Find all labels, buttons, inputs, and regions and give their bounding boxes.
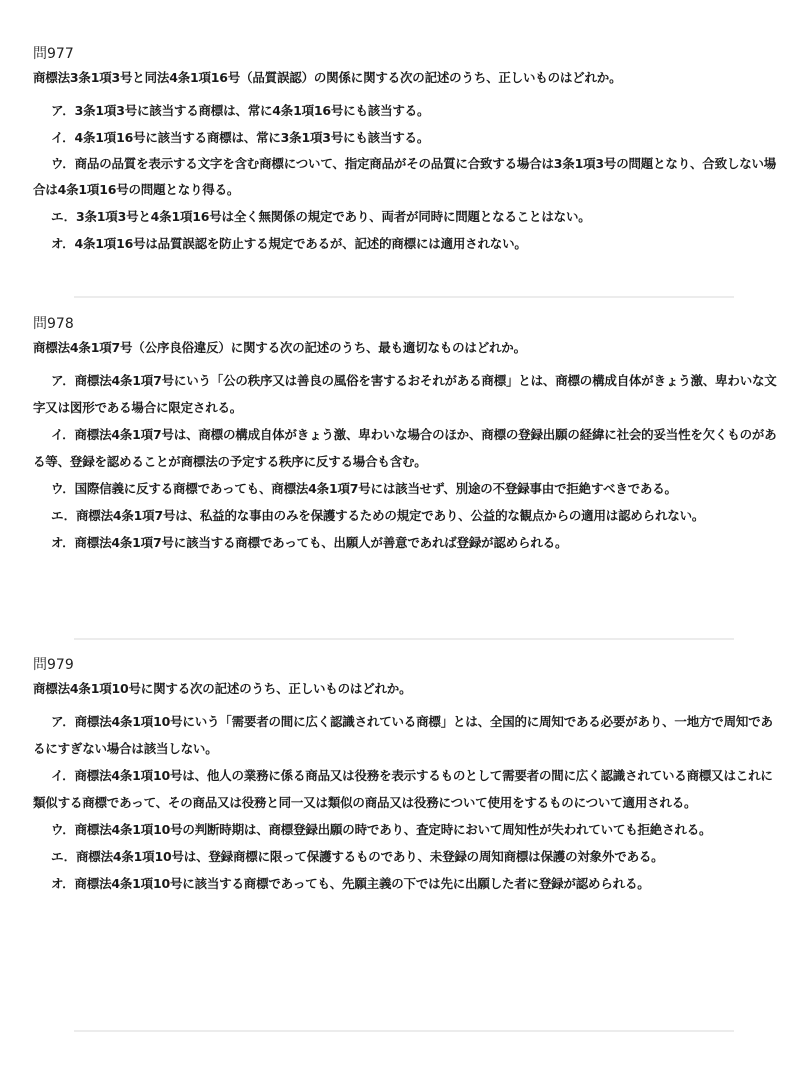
question-number: 問978 xyxy=(33,314,778,334)
question-979: 問979 商標法4条1項10号に関する次の記述のうち、正しいものはどれか。 ア．… xyxy=(33,655,778,897)
question-978: 問978 商標法4条1項7号（公序良俗違反）に関する次の記述のうち、最も適切なも… xyxy=(33,314,778,556)
option-u: ウ．商品の品質を表示する文字を含む商標について、指定商品がその品質に合致する場合… xyxy=(33,151,778,203)
divider xyxy=(74,296,734,298)
option-list: ア．商標法4条1項7号にいう「公の秩序又は善良の風俗を害するおそれがある商標」と… xyxy=(33,367,778,556)
question-977: 問977 商標法3条1項3号と同法4条1項16号（品質誤認）の関係に関する次の記… xyxy=(33,44,778,257)
question-number: 問979 xyxy=(33,655,778,675)
option-a: ア．3条1項3号に該当する商標は、常に4条1項16号にも該当する。 xyxy=(33,97,778,124)
option-a: ア．商標法4条1項10号にいう「需要者の間に広く認識されている商標」とは、全国的… xyxy=(33,708,778,762)
option-u: ウ．商標法4条1項10号の判断時期は、商標登録出願の時であり、査定時において周知… xyxy=(33,816,778,843)
option-e: エ．3条1項3号と4条1項16号は全く無関係の規定であり、両者が同時に問題となる… xyxy=(33,203,778,230)
option-i: イ．4条1項16号に該当する商標は、常に3条1項3号にも該当する。 xyxy=(33,124,778,151)
option-e: エ．商標法4条1項7号は、私益的な事由のみを保護するための規定であり、公益的な観… xyxy=(33,502,778,529)
option-e: エ．商標法4条1項10号は、登録商標に限って保護するものであり、未登録の周知商標… xyxy=(33,843,778,870)
question-stem: 商標法3条1項3号と同法4条1項16号（品質誤認）の関係に関する次の記述のうち、… xyxy=(33,68,778,88)
divider xyxy=(74,638,734,640)
question-stem: 商標法4条1項10号に関する次の記述のうち、正しいものはどれか。 xyxy=(33,679,778,699)
option-u: ウ．国際信義に反する商標であっても、商標法4条1項7号には該当せず、別途の不登録… xyxy=(33,475,778,502)
option-o: オ．4条1項16号は品質誤認を防止する規定であるが、記述的商標には適用されない。 xyxy=(33,230,778,257)
question-number: 問977 xyxy=(33,44,778,64)
divider xyxy=(74,1030,734,1032)
question-stem: 商標法4条1項7号（公序良俗違反）に関する次の記述のうち、最も適切なものはどれか… xyxy=(33,338,778,358)
option-i: イ．商標法4条1項10号は、他人の業務に係る商品又は役務を表示するものとして需要… xyxy=(33,762,778,816)
option-i: イ．商標法4条1項7号は、商標の構成自体がきょう激、卑わいな場合のほか、商標の登… xyxy=(33,421,778,475)
option-list: ア．商標法4条1項10号にいう「需要者の間に広く認識されている商標」とは、全国的… xyxy=(33,708,778,897)
option-o: オ．商標法4条1項7号に該当する商標であっても、出願人が善意であれば登録が認めら… xyxy=(33,529,778,556)
option-a: ア．商標法4条1項7号にいう「公の秩序又は善良の風俗を害するおそれがある商標」と… xyxy=(33,367,778,421)
option-list: ア．3条1項3号に該当する商標は、常に4条1項16号にも該当する。 イ．4条1項… xyxy=(33,97,778,257)
option-o: オ．商標法4条1項10号に該当する商標であっても、先願主義の下では先に出願した者… xyxy=(33,870,778,897)
